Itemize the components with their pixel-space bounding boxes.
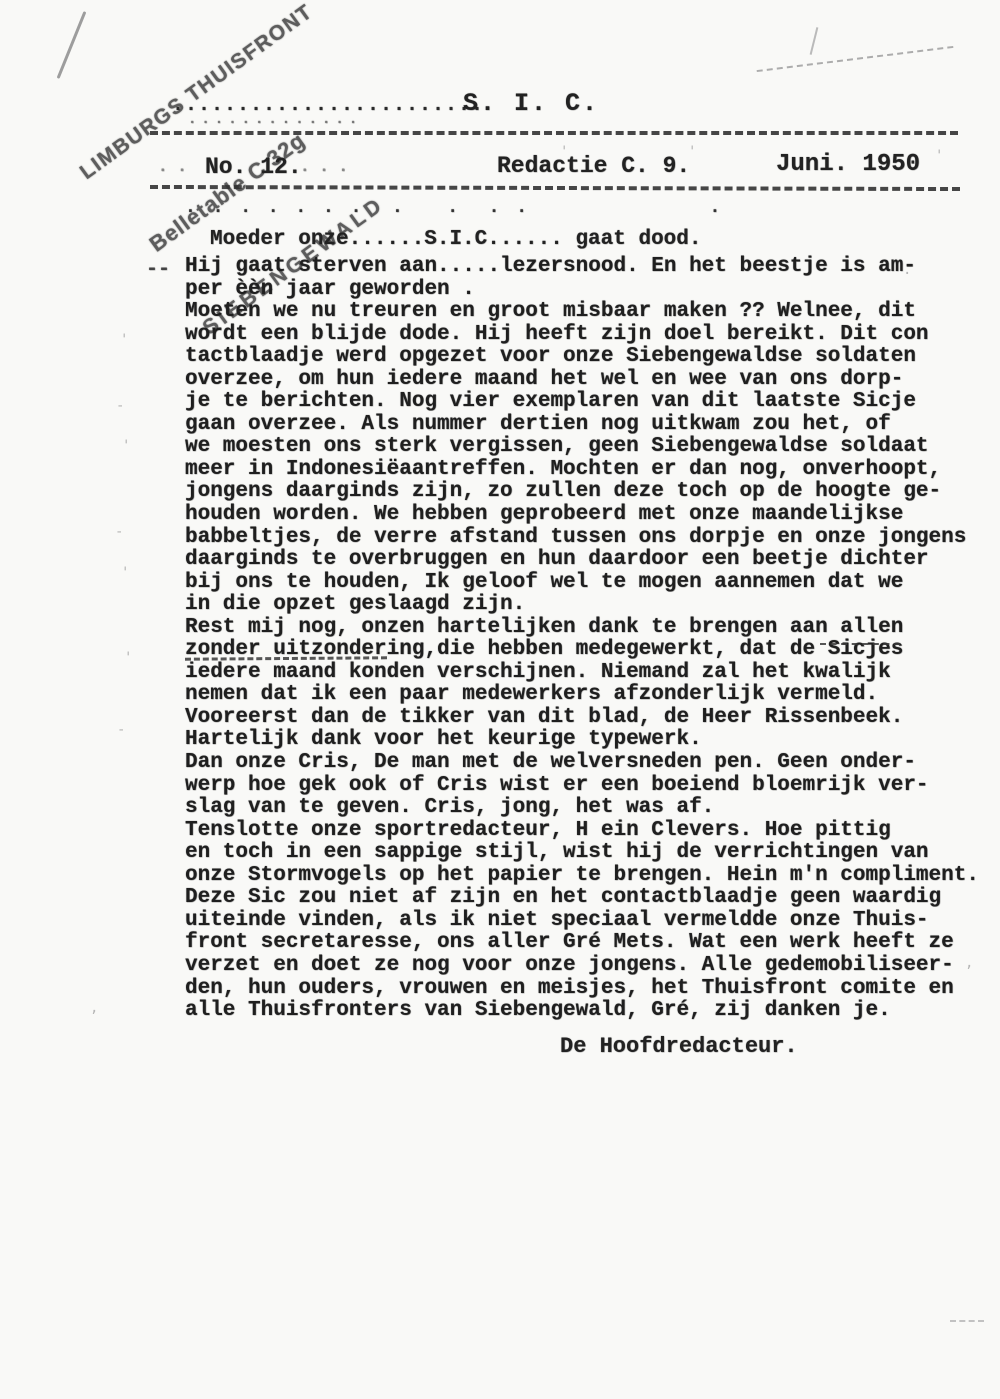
text-line: Hartelijk dank voor het keurige typewerk… <box>185 729 985 752</box>
text-line: Tenslotte onze sportredacteur, H ein Cle… <box>185 820 985 843</box>
signature: De Hoofdredacteur. <box>560 1034 798 1059</box>
text-line: gaan overzee. Als nummer dertien nog uit… <box>185 414 985 437</box>
scan-speck: - <box>116 398 124 414</box>
text-line: tactblaadje werd opgezet voor onze Siebe… <box>185 346 985 369</box>
margin-correction-mark: -- <box>146 258 170 281</box>
text-line: onze Stormvogels op het papier te brenge… <box>185 865 985 888</box>
text-line: per èèn jaar geworden . <box>185 279 985 302</box>
typed-overstrike-line <box>820 643 900 645</box>
scan-speck: ' <box>560 144 568 160</box>
text-line: front secretaresse, ons aller Gré Mets. … <box>185 932 985 955</box>
text-line: alle Thuisfronters van Siebengewald, Gré… <box>185 1000 985 1023</box>
text-line: uiteinde vinden, als ik niet speciaal ve… <box>185 910 985 933</box>
scanned-newsletter-page: LIMBURGS THUISFRONT Belletable C 32g SIE… <box>0 0 1000 1399</box>
text-line: nemen dat ik een paar medewerkers afzond… <box>185 684 985 707</box>
date-label: Juni. 1950 <box>776 151 920 178</box>
text-line: Dan onze Cris, De man met de welversnede… <box>185 752 985 775</box>
text-line: Rest mij nog, onzen hartelijken dank te … <box>185 617 985 640</box>
text-line: meer in Indonesiëaantreffen. Mochten er … <box>185 459 985 482</box>
scratch-mark <box>757 46 954 72</box>
scan-speck: ' <box>121 565 129 581</box>
text-line: jongens daarginds zijn, zo zullen deze t… <box>185 481 985 504</box>
scan-speck: , <box>90 1000 98 1016</box>
scan-speck: ' <box>935 148 943 164</box>
text-line: den, hun ouders, vrouwen en meisjes, het… <box>185 978 985 1001</box>
sparse-dots-row: . . . . . . . . . . . . <box>185 198 723 218</box>
text-line: overzee, om hun iedere maand het wel en … <box>185 369 985 392</box>
scan-speck: - <box>115 524 123 540</box>
issue-number: No. 12. <box>205 154 302 180</box>
body-text: Hij gaat sterven aan.....lezersnood. En … <box>185 256 985 1023</box>
text-line: babbeltjes, de verre afstand tussen ons … <box>185 527 985 550</box>
text-line: slag van te geven. Cris, jong, het was a… <box>185 797 985 820</box>
text-line: Vooreerst dan de tikker van dit blad, de… <box>185 707 985 730</box>
article-heading: Moeder onze......S.I.C...... gaat dood. <box>210 228 701 251</box>
issue-postdots: . . . <box>300 158 348 176</box>
text-line: Deze Sic zou niet af zijn en het contact… <box>185 887 985 910</box>
scan-speck: . <box>903 262 911 278</box>
text-line: houden worden. We hebben geprobeerd met … <box>185 504 985 527</box>
text-line: je te berichten. Nog vier exemplaren van… <box>185 391 985 414</box>
issue-predots: . . <box>158 158 187 176</box>
pen-stroke-mark <box>57 11 87 79</box>
dash-rule-top <box>150 131 958 135</box>
text-line: Hij gaat sterven aan.....lezersnood. En … <box>185 256 985 279</box>
header-dots-row-2: ............. <box>188 112 362 128</box>
text-line: wordt een blijde dode. Hij heeft zijn do… <box>185 324 985 347</box>
text-line: Moeten we nu treuren en groot misbaar ma… <box>185 301 985 324</box>
text-line: daarginds te overbruggen en hun daardoor… <box>185 549 985 572</box>
text-line: iedere maand konden verschijnen. Niemand… <box>185 662 985 685</box>
text-line: bij ons te houden, Ik geloof wel te moge… <box>185 572 985 595</box>
masthead-title: S. I. C. <box>463 89 599 118</box>
text-line: werp hoe gek ook of Cris wist er een boe… <box>185 775 985 798</box>
scan-speck: ' <box>124 650 132 666</box>
scan-speck: - <box>117 722 125 738</box>
scan-speck: ' <box>688 144 696 160</box>
scan-speck: , <box>965 955 973 971</box>
scratch-tick-mark <box>810 27 819 55</box>
text-line: we moesten ons sterk vergissen, geen Sie… <box>185 436 985 459</box>
scan-speck: ' <box>120 332 128 348</box>
text-line: in die opzet geslaagd zijn. <box>185 594 985 617</box>
scan-speck: ' <box>122 438 130 454</box>
text-line: verzet en doet ze nog voor onze jongens.… <box>185 955 985 978</box>
redactie-label: Redactie C. 9. <box>497 153 690 179</box>
scan-edge-mark <box>950 1320 984 1322</box>
text-line: en toch in een sappige stijl, wist hij d… <box>185 842 985 865</box>
